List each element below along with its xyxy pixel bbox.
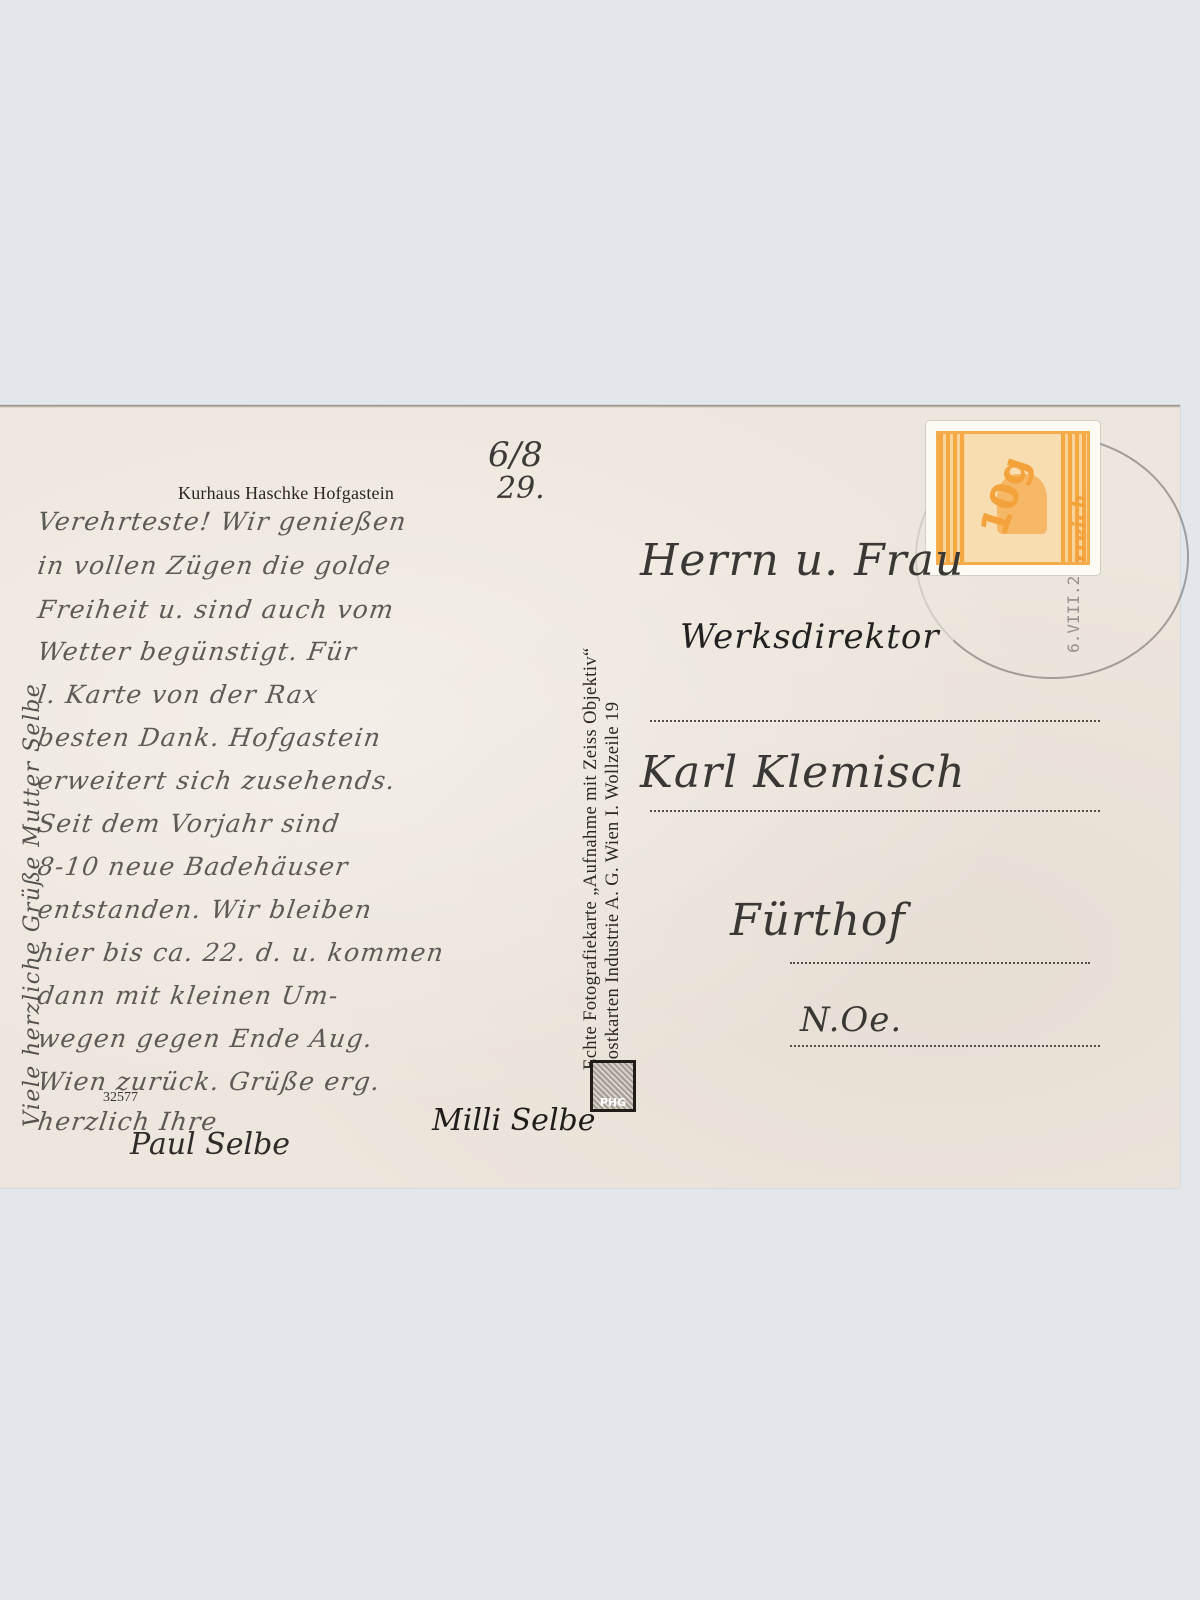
address-title: Werksdirektor: [680, 617, 940, 657]
address-town: Fürthof: [730, 895, 906, 946]
address-line-2: [650, 810, 1100, 812]
message-line: Seit dem Vorjahr sind: [36, 809, 342, 838]
message-line: wegen gegen Ende Aug.: [36, 1024, 375, 1053]
address-salutation: Herrn u. Frau: [640, 535, 964, 586]
message-line: Wetter begünstigt. Für: [36, 637, 359, 666]
message-line: l. Karte von der Rax: [36, 680, 321, 709]
message-line: Verehrteste! Wir genießen: [36, 507, 409, 536]
card-number: 32577: [103, 1090, 138, 1106]
message-line: 8-10 neue Badehäuser: [36, 852, 351, 881]
address-line-1: [650, 720, 1100, 722]
date-day-month: 6/8: [488, 435, 543, 475]
message-line: Freiheit u. sind auch vom: [36, 595, 396, 624]
address-name: Karl Klemisch: [640, 747, 966, 798]
signature-paul: Paul Selbe: [130, 1127, 290, 1162]
address-line-3: [790, 962, 1090, 964]
message-line: entstanden. Wir bleiben: [36, 895, 374, 924]
publisher-logo: PHG: [590, 1060, 636, 1112]
publisher-line-1: Echte Fotografiekarte „Aufnahme mit Zeis…: [581, 647, 602, 1070]
publisher-line-2: Postkarten Industrie A. G. Wien I. Wollz…: [603, 702, 624, 1070]
message-line: dann mit kleinen Um-: [36, 981, 341, 1010]
address-region: N.Oe.: [800, 1000, 902, 1040]
message-line: hier bis ca. 22. d. u. kommen: [36, 938, 446, 967]
message-line: erweitert sich zusehends.: [36, 766, 398, 795]
message-line: Wien zurück. Grüße erg.: [36, 1067, 383, 1096]
message-line: besten Dank. Hofgastein: [36, 723, 383, 752]
date-year: 29.: [497, 471, 545, 506]
signature-milli: Milli Selbe: [432, 1103, 596, 1138]
postmark-date: 6.VIII.29: [1064, 566, 1083, 653]
stamp-country: Österreich: [1067, 494, 1090, 565]
stamp-artist: F. ZERRITSCH: [1076, 556, 1083, 565]
message-line: in vollen Zügen die golde: [36, 551, 394, 580]
postcard-back: Kurhaus Haschke Hofgastein Echte Fotogra…: [0, 405, 1180, 1188]
address-line-4: [790, 1045, 1100, 1047]
printed-heading: Kurhaus Haschke Hofgastein: [178, 483, 394, 504]
